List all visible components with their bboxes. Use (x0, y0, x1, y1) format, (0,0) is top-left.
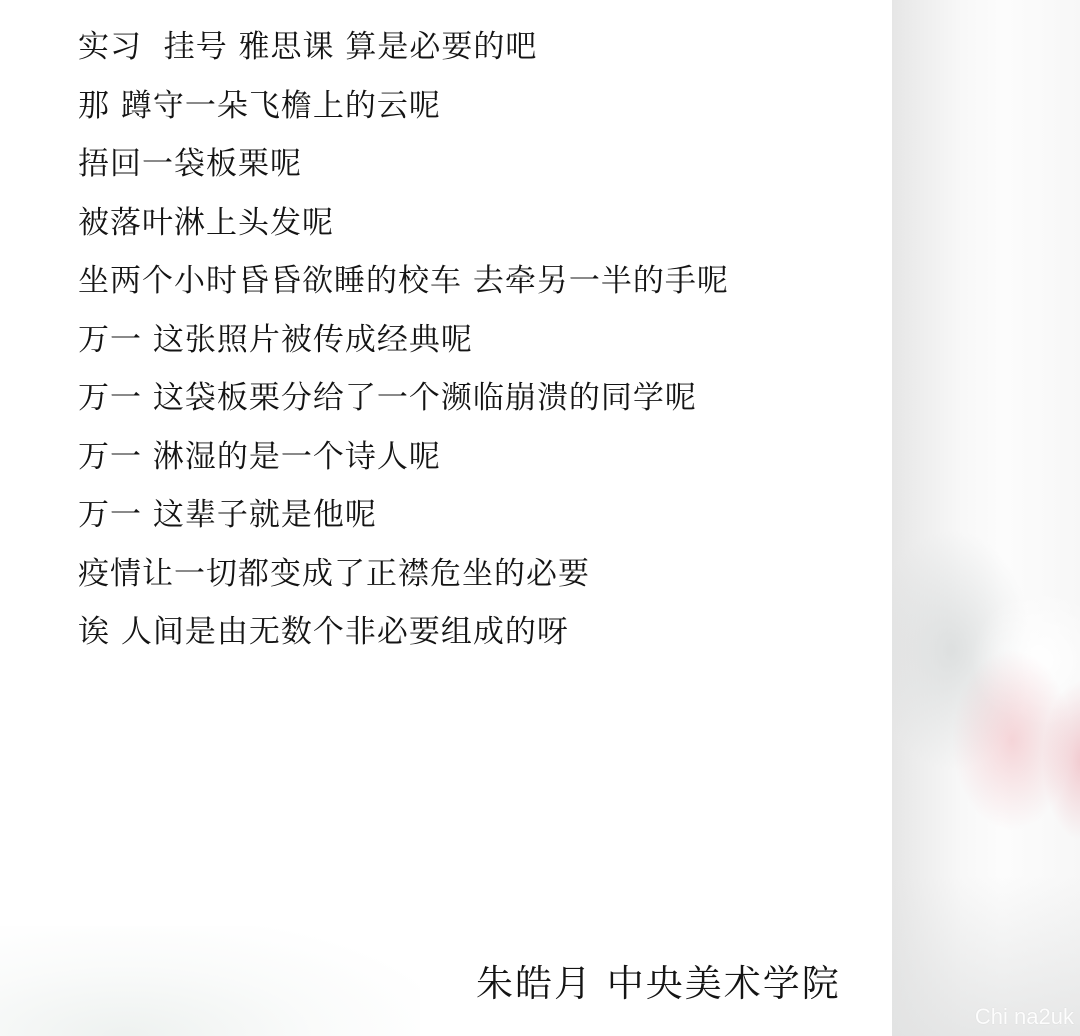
poem-line: 实习 挂号 雅思课 算是必要的吧 (78, 18, 729, 77)
poem-line: 坐两个小时昏昏欲睡的校车 去牵另一半的手呢 (78, 252, 729, 311)
background-haze (0, 926, 420, 1036)
watermark: Chi na2uk (975, 1004, 1074, 1030)
blurred-photo-strip (892, 0, 1080, 1036)
poem-line: 被落叶淋上头发呢 (78, 194, 729, 253)
poem-image: 实习 挂号 雅思课 算是必要的吧 那 蹲守一朵飞檐上的云呢 捂回一袋板栗呢 被落… (0, 0, 1080, 1036)
author-signature: 朱皓月 中央美术学院 (476, 956, 841, 1012)
poem-line: 万一 淋湿的是一个诗人呢 (78, 428, 729, 487)
poem-line: 疫情让一切都变成了正襟危坐的必要 (78, 545, 729, 604)
poem-line: 万一 这张照片被传成经典呢 (78, 311, 729, 370)
poem-line: 那 蹲守一朵飞檐上的云呢 (78, 77, 729, 136)
poem-line: 诶 人间是由无数个非必要组成的呀 (78, 603, 729, 662)
poem-panel: 实习 挂号 雅思课 算是必要的吧 那 蹲守一朵飞檐上的云呢 捂回一袋板栗呢 被落… (0, 0, 892, 1036)
poem-line: 万一 这袋板栗分给了一个濒临崩溃的同学呢 (78, 369, 729, 428)
poem-lines: 实习 挂号 雅思课 算是必要的吧 那 蹲守一朵飞檐上的云呢 捂回一袋板栗呢 被落… (78, 18, 729, 662)
poem-line: 捂回一袋板栗呢 (78, 135, 729, 194)
poem-line: 万一 这辈子就是他呢 (78, 486, 729, 545)
